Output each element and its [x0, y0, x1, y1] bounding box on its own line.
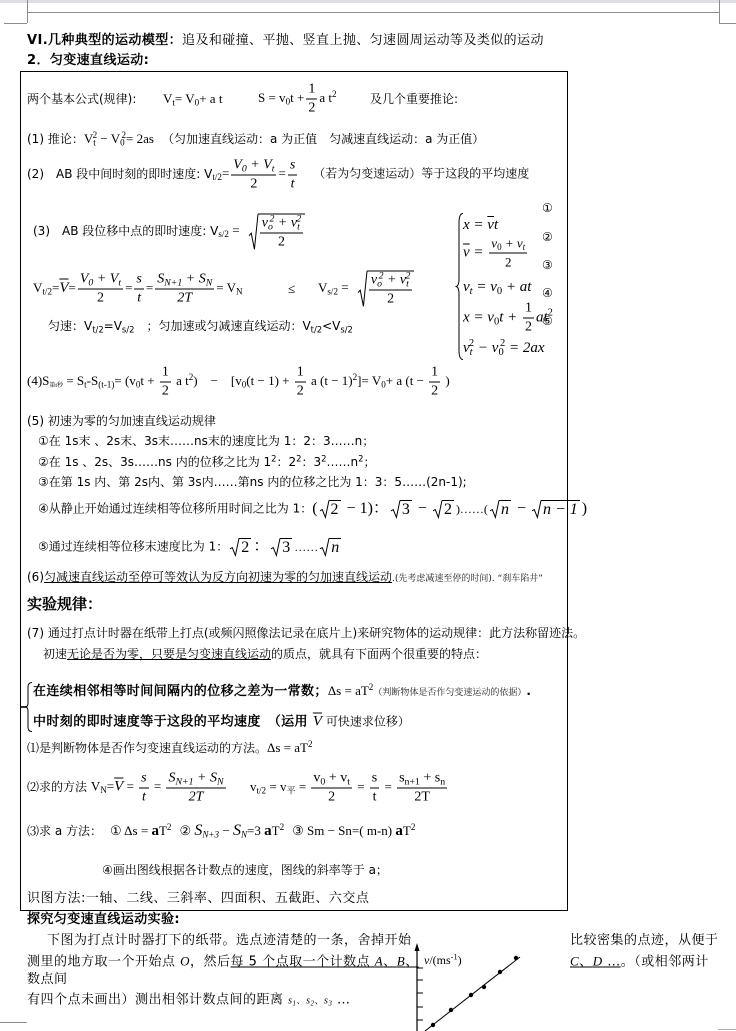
- subscript: (t-1): [98, 380, 114, 390]
- formula-text: + s: [420, 771, 440, 786]
- formula-text: =: [278, 166, 285, 181]
- rule-text: ⑤通过连续相等位移末速度比为 1：: [38, 540, 228, 554]
- formula-text: = V: [175, 91, 195, 106]
- rule-text: ；: [363, 455, 375, 469]
- formula-text: =: [338, 280, 352, 295]
- axis-arrow-icon: [415, 943, 420, 951]
- item-label: (1) 推论：: [27, 132, 84, 146]
- fraction: sn+1 + sn2T: [397, 771, 447, 806]
- superscript: 2: [332, 89, 337, 99]
- midpoint-velocity-formula: Vs/2 = vo2 + vt22: [318, 271, 416, 308]
- formula-text: = v: [266, 779, 286, 794]
- subscript: n+1: [405, 776, 420, 787]
- formula-text: + V: [247, 158, 272, 173]
- system-eq-4: x = v0t + 12at2: [463, 301, 553, 336]
- fraction-numerator: SN+1 + SN: [166, 771, 225, 789]
- subscript: s/2: [122, 325, 135, 335]
- subscript: N: [217, 776, 224, 787]
- fraction: st: [139, 771, 148, 806]
- corner-mark-bottom-left: [0, 1022, 27, 1023]
- square-root: 2: [320, 500, 341, 518]
- radical-sign-icon: [433, 500, 442, 518]
- text: 每 5 个点取一个计数点: [231, 955, 375, 970]
- equation-marker-1: ①: [542, 200, 553, 216]
- fraction-denominator: 2: [311, 789, 352, 806]
- radicand: n: [329, 538, 341, 556]
- text: …: [332, 993, 350, 1008]
- superscript: 2: [411, 822, 416, 832]
- square-root: n − 1: [532, 500, 580, 518]
- underlined-statement: 匀减速直线运动至停可等效认为反方向初速为零的匀加速直线运动: [44, 570, 392, 584]
- subscript: t/2: [311, 325, 322, 335]
- fraction: 12: [160, 365, 171, 400]
- fraction-denominator: t: [139, 789, 148, 806]
- velocity-time-graph: [396, 936, 546, 1031]
- subscript: t: [118, 277, 121, 288]
- corner-mark-bottom-right: [718, 1029, 736, 1030]
- superscript: 2: [280, 822, 285, 832]
- formula-text: = V: [216, 280, 236, 295]
- small-note: .(先考虑减速至停的时间). “刹车陷井”: [392, 574, 543, 584]
- fraction-denominator: t: [370, 789, 379, 806]
- equation-marker-4: ④: [542, 285, 553, 301]
- item-3-midpoint-velocity: (3) AB 段位移中点的即时速度: Vs/2 = vo2 + vt22: [33, 214, 307, 251]
- fraction: st: [134, 272, 143, 307]
- fraction-denominator: 2: [306, 100, 317, 117]
- rule-text: ：3: [302, 455, 322, 469]
- system-eq-5: vt2 − v02 = 2ax: [463, 340, 545, 356]
- axis-label-text: ): [458, 953, 462, 967]
- average-velocity-symbol: V: [313, 714, 322, 730]
- radical-sign-icon: [249, 214, 258, 251]
- basic-formulas-label: 两个基本公式(规律):: [27, 91, 136, 107]
- velocity-chain-equation: Vt/2=V=V0 + Vt2=st=SN+1 + SN2T= VN: [33, 272, 243, 307]
- heading-vi-bold: VI.几种典型的运动模型：: [27, 33, 182, 48]
- formula-text: (t − 1) +: [246, 373, 292, 388]
- axis-ticks: [417, 968, 423, 1020]
- formula-text: ……: [294, 540, 318, 554]
- formula-text: =: [381, 779, 395, 794]
- subscript: N+1: [175, 776, 193, 787]
- experiment-right-line-1: 比较密集的点迹，从便于: [570, 933, 719, 949]
- radical-sign-icon: [532, 500, 541, 518]
- subscript: 第t秒: [49, 383, 63, 389]
- subscript: t/2: [257, 786, 267, 796]
- text: 的质点，就具有下面两个很重要的特点：: [271, 647, 487, 661]
- formula-text: + at: [502, 279, 531, 295]
- fraction: vo2 + vt22: [260, 216, 304, 251]
- page-top-band: [0, 0, 736, 3]
- equation-marker-5: ⑤: [542, 313, 553, 329]
- text: 、: [297, 997, 307, 1007]
- fraction-numerator: s: [370, 771, 379, 789]
- item-7-ticker-timer: (7) 通过打点计时器在纸带上打点(或频闪照像法记录在底片上)来研究物体的运动规…: [27, 625, 585, 641]
- corollaries-label: 及几个重要推论:: [370, 91, 458, 107]
- method-4-graph: ④画出图线根据各计数点的速度，图线的斜率等于 a；: [102, 862, 388, 878]
- radicand: 2: [329, 500, 341, 518]
- fraction-denominator: 2: [295, 383, 306, 400]
- formula-text: + v: [383, 273, 406, 288]
- point-label: D: [593, 954, 603, 969]
- subscript: N: [236, 287, 243, 297]
- radical-sign-icon: [358, 271, 367, 308]
- formula-text: − 1)：: [343, 500, 389, 517]
- square-root: vo2 + vt22: [249, 214, 306, 251]
- item-6-deceleration-note: (6)匀减速直线运动至停可等效认为反方向初速为零的匀加速直线运动.(先考虑减速至…: [27, 569, 543, 587]
- formula-text: T: [159, 823, 167, 838]
- formula-text: = 2ax: [505, 340, 544, 356]
- square-root: n: [490, 500, 511, 518]
- square-root: n: [320, 538, 341, 556]
- data-point: [482, 985, 486, 989]
- fraction: SN+1 + SN2T: [166, 771, 225, 806]
- radicand: 2: [239, 538, 251, 556]
- subscript: N: [206, 277, 213, 288]
- experiment-paragraph-line-2: 测里的地方取一个开始点 O，然后每 5 个点取一个计数点 A、B、: [27, 954, 419, 971]
- formula-text: ① Δs =: [110, 823, 151, 838]
- axis-label-text: /(ms: [429, 953, 450, 967]
- formula-text: a: [151, 823, 159, 839]
- subscript: N+1: [164, 277, 182, 288]
- formula-text: −: [414, 500, 431, 517]
- formula-text: ): [582, 500, 587, 517]
- formula-text: ③ Sm − Sn=( m-n): [292, 823, 395, 838]
- formula-text: + S: [182, 272, 205, 287]
- formula-text: 匀速：V: [48, 319, 92, 333]
- experiment-right-line-2: C、D …。（或相邻两计: [570, 954, 709, 971]
- feature-brace-icon: [19, 682, 33, 732]
- radicand: 3: [280, 538, 292, 556]
- subscript: t/2: [42, 287, 52, 297]
- formula-text: ②: [179, 823, 194, 838]
- formula-text: V: [163, 91, 172, 106]
- item-note: （匀加速直线运动：a 为正值 匀减速直线运动：a 为正值）: [162, 132, 484, 146]
- text: 。（或相邻两计: [621, 955, 709, 970]
- formula-text: =: [470, 244, 488, 260]
- formula-text: V: [233, 158, 242, 173]
- experiment-paragraph-line-3: 数点间: [27, 972, 68, 988]
- radicand: vo2 + vt22: [258, 214, 306, 251]
- formula-text: T: [272, 823, 280, 838]
- label-text: 两个基本公式(规律):: [27, 92, 136, 106]
- feature-midtime-velocity: 中时刻的即时速度等于这段的平均速度 （运用 V 可快速求位移）: [33, 714, 410, 731]
- formula-text: =: [123, 779, 137, 794]
- formula-text: ；匀加速或匀减速直线运动：V: [134, 319, 310, 333]
- fraction-numerator: s: [134, 272, 143, 290]
- section-title: 2．匀变速直线运动:: [27, 53, 149, 69]
- radicand: vo2 + vt22: [367, 271, 415, 308]
- fraction: st: [370, 771, 379, 806]
- subscript: s/2: [218, 230, 229, 240]
- formula-text: S: [233, 822, 241, 839]
- square-root: 3: [271, 538, 292, 556]
- heading-vi-rest: 追及和碰撞、平抛、竖直上抛、匀速圆周运动等及类似的运动: [182, 33, 544, 48]
- formula-text: Δs = aT: [328, 683, 369, 698]
- fraction-numerator: 1: [523, 301, 534, 319]
- subscript: t: [523, 242, 526, 252]
- fraction-denominator: 2: [489, 254, 527, 271]
- data-point: [431, 1023, 435, 1027]
- fraction-numerator: V0 + Vt: [78, 272, 123, 290]
- item-5-rule-2: ②在 1s 、2s、3s……ns 内的位移之比为 12：22：32……n2；: [38, 454, 375, 470]
- item-5-rule-5: ⑤通过连续相等位移末速度比为 1：2：3……n: [38, 538, 343, 556]
- fraction-denominator: t: [134, 290, 143, 307]
- fraction-numerator: v0 + vt: [489, 236, 527, 254]
- subscript: s/2: [340, 325, 353, 335]
- fraction: v0 + vt2: [489, 236, 527, 271]
- formula-text: =: [354, 779, 368, 794]
- formula-text: + S: [194, 771, 217, 786]
- formula-text: a: [395, 823, 403, 839]
- formula-text: =: [146, 280, 153, 295]
- item-5-rule-4: ④从静止开始通过连续相等位移所用时间之比为 1：(2 − 1)：3 − 2)………: [38, 500, 587, 518]
- system-eq-1: x = vt: [463, 217, 498, 233]
- formula-text: v: [463, 279, 470, 295]
- method-3-acceleration: ⑶求 a 方法：: [27, 823, 102, 839]
- underlined-statement: 每 5 个点取一个计数点 A、B、: [231, 955, 419, 970]
- subscript: t/2: [92, 325, 103, 335]
- square-root: vo2 + vt22: [358, 271, 415, 308]
- item-2-midtime-velocity: (2) AB 段中间时刻的即时速度: Vt/2=V0 + Vt2=st（若为匀变…: [27, 158, 529, 193]
- item-5-rule-3: ③在第 1s 内、第 2s内、第 3s内……第ns 内的位移之比为 1：3：5……: [38, 474, 467, 490]
- data-point: [498, 970, 502, 974]
- formula-text: V: [84, 131, 93, 146]
- formula-text: =: [229, 223, 243, 238]
- method-text: ⑶求 a 方法：: [27, 824, 102, 838]
- document-page[interactable]: VI.几种典型的运动模型：追及和碰撞、平抛、竖直上抛、匀速圆周运动等及类似的运动…: [0, 0, 736, 1031]
- superscript: 2: [405, 270, 410, 281]
- uniform-comparison: 匀速：Vt/2=Vs/2 ；匀加速或匀减速直线运动：Vt/2<Vs/2: [48, 318, 353, 334]
- data-point: [469, 993, 473, 997]
- fraction: 12: [295, 365, 306, 400]
- underlined-statement: C、D …: [570, 955, 621, 970]
- feature-text: 在连续相邻相等时间间隔内的位移之差为一常数；: [33, 684, 328, 699]
- fraction: 12: [523, 301, 534, 336]
- fraction: vo2 + vt22: [369, 273, 413, 308]
- radical-sign-icon: [230, 538, 239, 556]
- formula-text: ) − [v: [193, 373, 242, 388]
- equation-marker-3: ③: [542, 257, 553, 273]
- fraction: V0 + Vt2: [231, 158, 276, 193]
- experiment-rules-title: 实验规律：: [27, 596, 102, 612]
- section-title-text: 2．匀变速直线运动:: [27, 53, 149, 68]
- fraction-numerator: s: [288, 158, 297, 176]
- formula-text: = (v: [114, 373, 135, 388]
- formula-text: + v: [325, 771, 347, 786]
- corner-mark-top-left-h: [4, 23, 27, 24]
- average-velocity-symbol: v: [487, 217, 494, 233]
- formula-text: =: [222, 166, 229, 181]
- fraction-numerator: V0 + Vt: [231, 158, 276, 176]
- label-text: 及几个重要推论:: [370, 92, 458, 106]
- graph-reading-methods: 识图方法:一轴、二线、三斜率、四面积、五截距、六交点: [27, 891, 369, 907]
- formula-text: t +: [140, 373, 157, 388]
- experiment-paragraph-line-4: 有四个点未画出）测出相邻计数点间的距离 s1、s2、s3 …: [27, 993, 351, 1010]
- average-velocity-symbol: v: [463, 244, 470, 260]
- text: 、: [314, 997, 324, 1007]
- formula-text: V: [91, 779, 100, 794]
- point-label: C: [570, 954, 579, 969]
- formula-text: x = v: [463, 309, 494, 325]
- less-equal-sign: ≤: [288, 281, 295, 297]
- item-note: （若为匀变速运动）等于这段的平均速度: [313, 167, 529, 181]
- fraction: 12: [306, 82, 317, 117]
- radical-sign-icon: [271, 538, 280, 556]
- formula-text: + V: [93, 272, 118, 287]
- experiment-paragraph-line-1: 下图为打点计时器打下的纸带。选点迹清楚的一条，舍掉开始: [47, 933, 412, 949]
- method-2-velocity: ⑵求的方法 VN=V = st = SN+1 + SN2T: [27, 771, 228, 806]
- radical-sign-icon: [320, 538, 329, 556]
- formula-velocity: Vt= V0+ a t: [163, 91, 222, 107]
- radicand: n − 1: [541, 500, 580, 518]
- formula-text: − v: [474, 340, 498, 356]
- fraction-numerator: 1: [429, 365, 440, 383]
- fraction-numerator: 1: [306, 82, 317, 100]
- feature-text: 中时刻的即时速度等于这段的平均速度 （运用: [33, 715, 313, 730]
- subscript: s/2: [327, 287, 338, 297]
- radicand: 2: [442, 500, 454, 518]
- rule-text: ④从静止开始通过连续相等位移所用时间之比为 1：: [38, 502, 312, 516]
- fraction: v0 + vt2: [311, 771, 352, 806]
- equation-marker-2: ②: [542, 229, 553, 245]
- radical-sign-icon: [490, 500, 499, 518]
- header-rule: [27, 12, 719, 13]
- formula-text: ：: [253, 538, 269, 555]
- formula-text: =: [151, 779, 165, 794]
- square-root: 2: [433, 500, 454, 518]
- item-label: (2) AB 段中间时刻的即时速度: V: [27, 167, 212, 181]
- fraction-numerator: v0 + vt: [311, 771, 352, 789]
- item-1-corollary: (1) 推论：Vt2 − V02= 2as（匀加速直线运动：a 为正值 匀减速直…: [27, 131, 484, 147]
- method-text: ⑵求的方法: [27, 780, 91, 794]
- fraction-numerator: vo2 + vt2: [369, 273, 413, 291]
- method-1-judge: ⑴是判断物体是否作匀变速直线运动的方法。Δs = aT2: [27, 740, 313, 756]
- formula-text: t +: [290, 90, 304, 105]
- text: 初速: [43, 647, 67, 661]
- formula-text: a t: [319, 90, 332, 105]
- formula-text: =: [125, 280, 132, 295]
- fraction: SN+1 + SN2T: [155, 272, 214, 307]
- formula-text: t: [494, 217, 498, 233]
- subscript: t: [347, 776, 350, 787]
- text: 、: [579, 955, 593, 970]
- system-eq-3: vt = v0 + at: [463, 279, 531, 295]
- fraction-denominator: 2T: [397, 789, 447, 806]
- method-text: ⑴是判断物体是否作匀变速直线运动的方法。: [27, 741, 267, 755]
- formula-text: Δs = aT: [267, 740, 308, 755]
- fraction-numerator: s: [139, 771, 148, 789]
- formula-text: ≤: [288, 281, 295, 296]
- square-root: 2: [230, 538, 251, 556]
- formula-text: T: [403, 823, 411, 838]
- item-7-characteristics: 初速无论是否为零，只要是匀变速直线运动的质点，就具有下面两个很重要的特点：: [43, 646, 487, 662]
- rule-text: ②在 1s 、2s、3s……ns 内的位移之比为 1: [38, 455, 271, 469]
- item-label: (4)S: [27, 373, 49, 388]
- superscript: -1: [451, 952, 458, 961]
- square-root: 3: [391, 500, 412, 518]
- formula-text: t +: [499, 309, 521, 325]
- formula-text: )……(: [456, 502, 488, 516]
- text: 有四个点未画出）测出相邻计数点间的距离: [27, 993, 288, 1008]
- period: .: [526, 684, 531, 698]
- method-3-formulas: ① Δs = aT2② SN+3 − SN=3 aT2③ Sm − Sn=( m…: [110, 823, 415, 839]
- experiment-title: 探究匀变速直线运动实验:: [27, 912, 180, 928]
- item-label: (3) AB 段位移中点的即时速度: V: [33, 224, 218, 238]
- formula-text: a t: [173, 373, 189, 388]
- formula-text: −: [219, 823, 233, 838]
- fraction-numerator: SN+1 + SN: [155, 272, 214, 290]
- subscript: N: [100, 786, 107, 796]
- formula-text: = S: [63, 373, 84, 388]
- fraction-denominator: 2: [160, 383, 171, 400]
- feature-constant-difference: 在连续相邻相等时间间隔内的位移之差为一常数；Δs = aT2（判断物体是否作匀变…: [33, 683, 531, 701]
- fraction-denominator: t: [288, 176, 297, 193]
- heading-vi: VI.几种典型的运动模型：追及和碰撞、平抛、竖直上抛、匀速圆周运动等及类似的运动: [27, 33, 544, 49]
- system-eq-2: v = v0 + vt2: [463, 236, 529, 271]
- fraction-denominator: 2: [260, 234, 304, 251]
- subscript: n: [440, 776, 445, 787]
- formula-text: =3: [247, 823, 264, 838]
- fraction-denominator: 2T: [155, 290, 214, 307]
- fraction-denominator: 2: [78, 290, 123, 307]
- subscript: t/2: [212, 173, 222, 183]
- fraction-denominator: 2: [429, 383, 440, 400]
- item-label: (6): [27, 570, 44, 584]
- method-2-average-velocity: vt/2 = v平 = v0 + vt2 = st = sn+1 + sn2T: [250, 771, 449, 806]
- data-point: [449, 1008, 453, 1012]
- text: 测里的地方取一个开始点: [27, 955, 180, 970]
- fraction-numerator: sn+1 + sn: [397, 771, 447, 789]
- corner-mark-top-left-v: [27, 0, 28, 23]
- fraction: 12: [429, 365, 440, 400]
- underlined-statement: 无论是否为零，只要是匀变速直线运动: [67, 647, 271, 661]
- fraction: st: [288, 158, 297, 193]
- formula-text: − V: [97, 131, 120, 146]
- formula-text: a (t − 1): [308, 373, 353, 388]
- corner-mark-top-right-v: [719, 0, 720, 23]
- formula-text: V: [318, 280, 327, 295]
- formula-displacement: S = v0t +12a t2: [258, 82, 337, 117]
- formula-text: + a t: [199, 91, 222, 106]
- subscript: N+3: [202, 830, 219, 840]
- fraction-numerator: 1: [295, 365, 306, 383]
- fraction-numerator: vo2 + vt2: [260, 216, 304, 234]
- formula-text: ]= V: [357, 373, 381, 388]
- formula-text: + a (t −: [386, 373, 427, 388]
- radicand: 3: [400, 500, 412, 518]
- item-5-title: (5) 初速为零的匀加速直线运动规律: [27, 413, 216, 429]
- subscript: t: [272, 163, 275, 174]
- formula-text: x =: [463, 217, 487, 233]
- formula-text: = 2as: [126, 131, 154, 146]
- fraction-denominator: 2: [231, 176, 276, 193]
- rule-text: ：2: [277, 455, 297, 469]
- small-note: （判断物体是否作匀变速运动的依据）: [373, 688, 526, 698]
- formula-text: =V: [104, 319, 122, 333]
- fraction-numerator: 1: [160, 365, 171, 383]
- fraction-denominator: 2: [523, 319, 534, 336]
- formula-text: =: [296, 779, 310, 794]
- point-label: O: [180, 954, 190, 969]
- formula-text: =: [69, 280, 76, 295]
- formula-text: -S: [87, 373, 99, 388]
- graph-axis-label: v/(ms-1): [424, 952, 462, 968]
- formula-text: a: [264, 823, 272, 839]
- formula-text: ): [442, 373, 450, 388]
- formula-text: + v: [502, 236, 523, 251]
- average-velocity-symbol: V: [59, 280, 68, 296]
- radicand: n: [499, 500, 511, 518]
